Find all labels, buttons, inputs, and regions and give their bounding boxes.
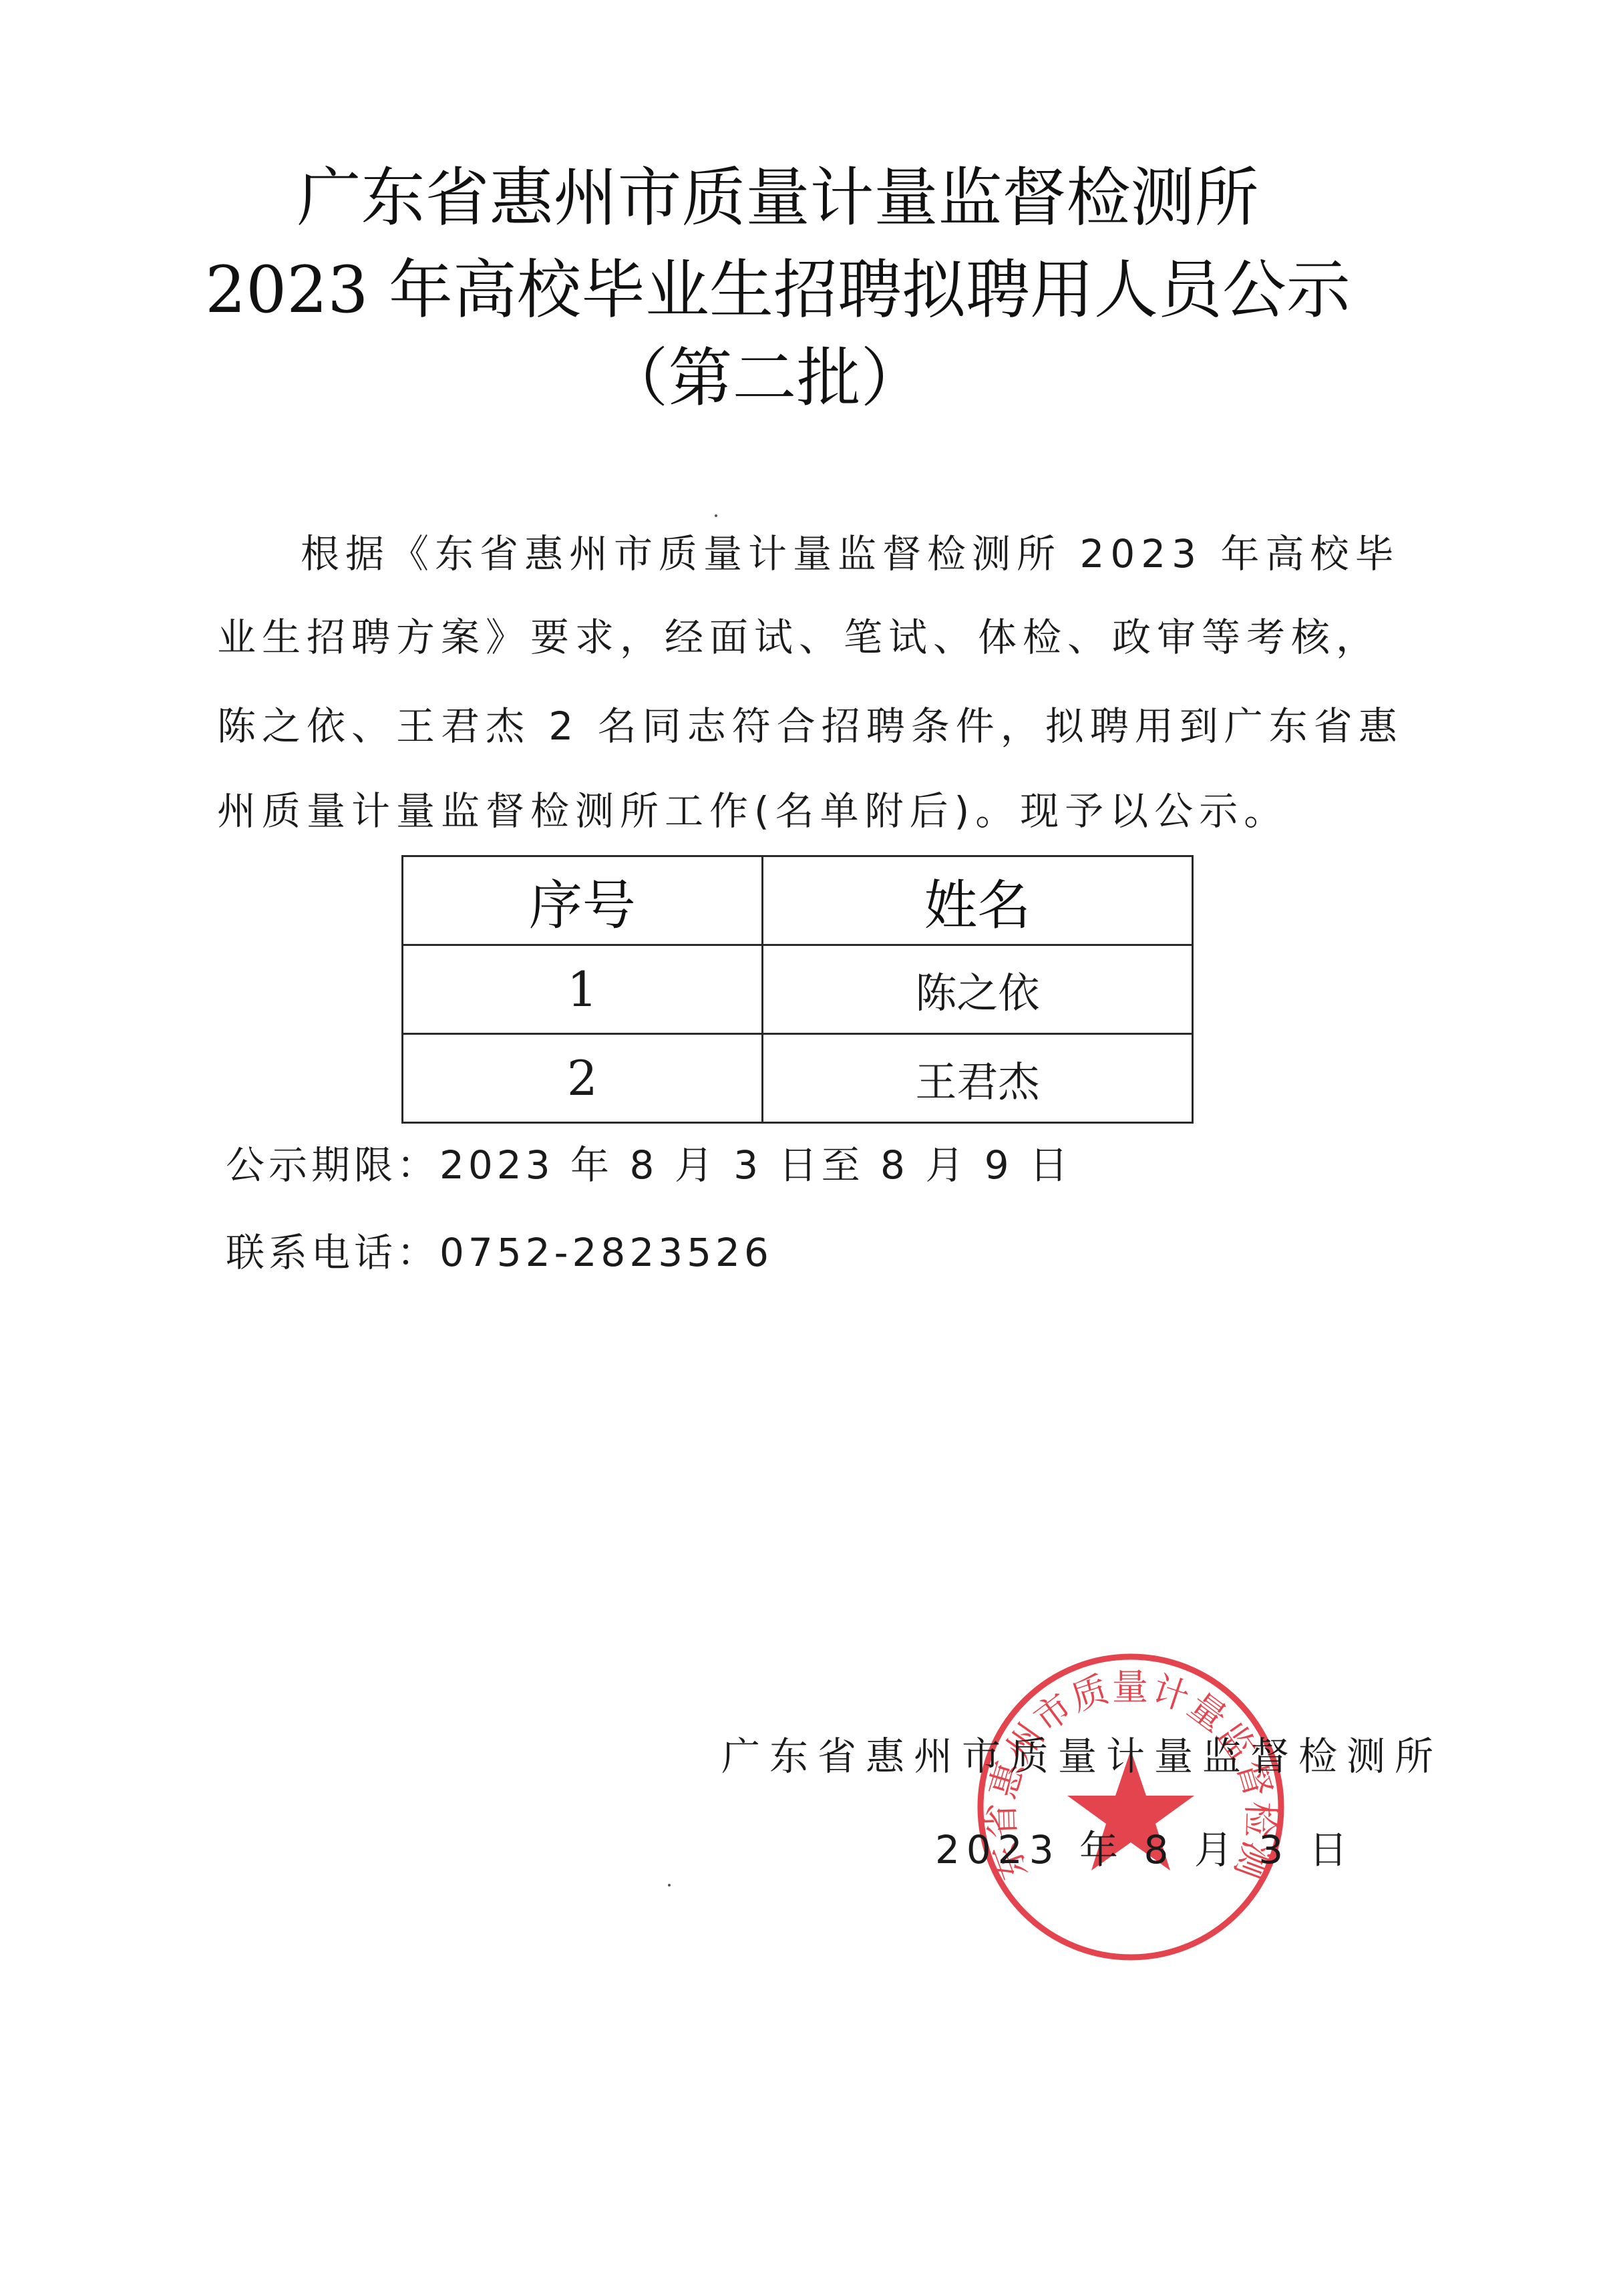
publicity-period: 公示期限：2023 年 8 月 3 日至 8 月 9 日 [226,1146,1072,1184]
row-name: 王君杰 [762,1034,1192,1123]
body-line-2: 业生招聘方案》要求，经面试、笔试、体检、政审等考核， [217,618,1366,657]
scan-speck [668,1884,671,1887]
appointee-table: 序号 姓名 1 陈之依 2 王君杰 [401,855,1194,1124]
official-seal: 广东省惠州市质量计量监督检测所 [974,1650,1288,1964]
title-line-3: （第二批） [0,346,1569,410]
title-line-1: 广东省惠州市质量计量监督检测所 [0,166,1582,230]
title-line-2: 2023 年高校毕业生招聘拟聘用人员公示 [0,258,1582,322]
contact-phone: 联系电话：0752-2823526 [226,1233,773,1272]
signature-organization: 广东省惠州市质量计量监督检测所 [721,1737,1443,1776]
row-index: 2 [403,1034,763,1123]
scan-speck [715,514,717,517]
header-name: 姓名 [762,856,1192,945]
table-header-row: 序号 姓名 [403,856,1193,945]
table-row: 2 王君杰 [403,1034,1193,1123]
body-line-1: 根据《东省惠州市质量计量监督检测所 2023 年高校毕 [301,534,1449,573]
header-index: 序号 [403,856,763,945]
signature-date: 2023 年 8 月 3 日 [935,1830,1355,1869]
row-name: 陈之依 [762,945,1192,1034]
row-index: 1 [403,945,763,1034]
table-row: 1 陈之依 [403,945,1193,1034]
body-line-3: 陈之依、王君杰 2 名同志符合招聘条件，拟聘用到广东省惠 [217,707,1366,746]
body-line-4: 州质量计量监督检测所工作(名单附后)。现予以公示。 [217,792,1366,830]
